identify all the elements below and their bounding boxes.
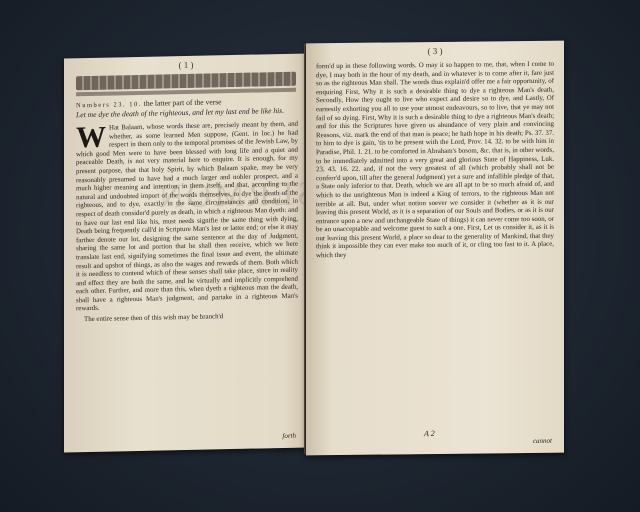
left-page: ( 1 ) Numbers 23. 10. the latter part of… (64, 53, 308, 452)
page-number-left: ( 1 ) (64, 57, 308, 72)
printer-signature: A 2 (424, 429, 435, 438)
catchword-right: cannot (533, 437, 552, 445)
show-through-title: SERMON (156, 175, 308, 216)
verse-ref-rest: the latter part of the verse (144, 97, 222, 108)
drop-cap: W (76, 126, 106, 151)
left-last-line: The entire sense then of this wish may b… (76, 312, 298, 325)
right-page: ( 3 ) form'd up in these following words… (306, 41, 564, 456)
right-body-text: form'd up in these following words. O ma… (306, 55, 564, 261)
left-body-text: WHat Balaam, whose words these are, prec… (64, 114, 308, 325)
catchword-left: forth (282, 432, 296, 440)
left-body-paragraph: Hat Balaam, whose words these are, preci… (76, 121, 298, 313)
verse-ref-label: Numbers 23. 10. (76, 101, 142, 109)
